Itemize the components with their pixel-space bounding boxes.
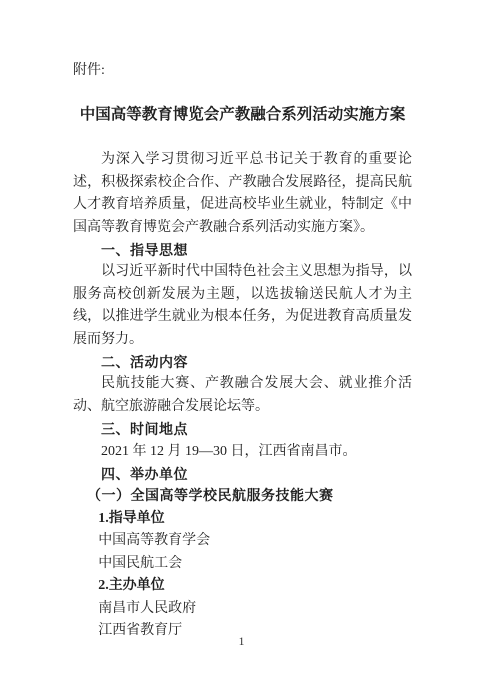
body-paragraph: 民航技能大赛、产教融合发展大会、就业推介活动、航空旅游融合发展论坛等。 [73, 373, 412, 418]
body-paragraph: 以习近平新时代中国特色社会主义思想为指导，以服务高校创新发展为主题，以选拔输送民… [73, 261, 412, 351]
document-page: 附件:中国高等教育博览会产教融合系列活动实施方案为深入学习贯彻习近平总书记关于教… [0, 0, 483, 682]
document-title: 中国高等教育博览会产教融合系列活动实施方案 [73, 103, 412, 127]
page-number: 1 [0, 634, 483, 648]
section-heading: 四、举办单位 [73, 463, 412, 485]
numbered-subheading: 1.指导单位 [73, 508, 412, 530]
document-content: 附件:中国高等教育博览会产教融合系列活动实施方案为深入学习贯彻习近平总书记关于教… [73, 60, 412, 642]
section-heading: 三、时间地点 [73, 418, 412, 440]
organization-line: 中国高等教育学会 [73, 530, 412, 552]
body-paragraph: 为深入学习贯彻习近平总书记关于教育的重要论述，积极探索校企合作、产教融合发展路径… [73, 149, 412, 239]
section-heading: 二、活动内容 [73, 351, 412, 373]
numbered-subheading: 2.主办单位 [73, 575, 412, 597]
subsection-heading: （一）全国高等学校民航服务技能大赛 [73, 486, 412, 508]
body-paragraph: 2021 年 12 月 19—30 日，江西省南昌市。 [73, 441, 412, 463]
organization-line: 南昌市人民政府 [73, 598, 412, 620]
organization-line: 中国民航工会 [73, 553, 412, 575]
attachment-label: 附件: [73, 60, 412, 82]
section-heading: 一、指导思想 [73, 239, 412, 261]
